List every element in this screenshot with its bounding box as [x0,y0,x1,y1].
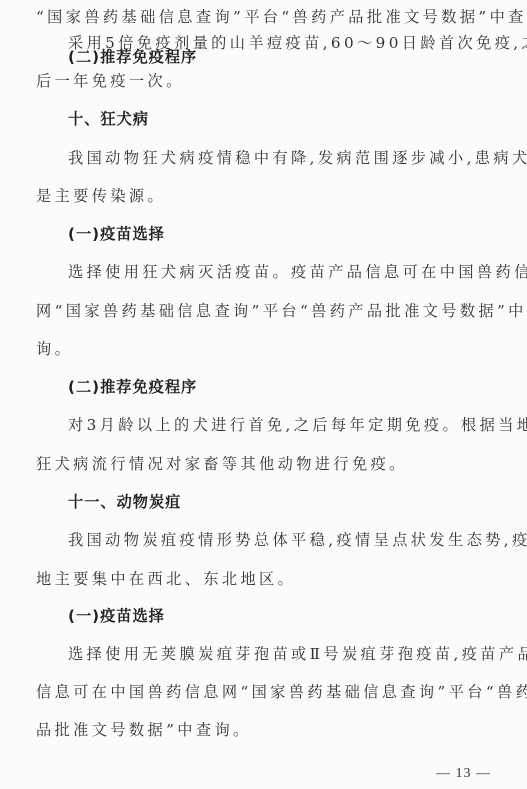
paragraph-line: 网“国家兽药基础信息查询”平台“兽药产品批准文号数据”中查 [36,301,496,321]
paragraph-line: 采用5倍免疫剂量的山羊痘疫苗,60～90日龄首次免疫,之 [68,33,527,53]
page-number: — 13 — [436,766,491,782]
section-heading: (一)疫苗选择 [68,606,527,626]
paragraph-line: 选择使用狂犬病灭活疫苗。疫苗产品信息可在中国兽药信息 [68,262,527,282]
paragraph-line: 是主要传染源。 [36,186,496,206]
paragraph-line: “国家兽药基础信息查询”平台“兽药产品批准文号数据”中查询。 [36,7,496,27]
paragraph-line: 询。 [36,339,496,359]
section-heading: 十一、动物炭疽 [68,492,527,512]
section-heading: (二)推荐免疫程序 [68,377,527,397]
paragraph-line: 信息可在中国兽药信息网“国家兽药基础信息查询”平台“兽药产 [36,682,496,702]
paragraph-line: 地主要集中在西北、东北地区。 [36,569,496,589]
paragraph-line: 对3月龄以上的犬进行首免,之后每年定期免疫。根据当地 [68,415,527,435]
paragraph-line: 品批准文号数据”中查询。 [36,720,496,740]
paragraph-line: 选择使用无荚膜炭疽芽孢苗或Ⅱ号炭疽芽孢疫苗,疫苗产品 [68,644,527,664]
document-page: “国家兽药基础信息查询”平台“兽药产品批准文号数据”中查询。(二)推荐免疫程序采… [0,0,527,789]
paragraph-line: 我国动物狂犬病疫情稳中有降,发病范围逐步减小,患病犬仍 [68,148,527,168]
section-heading: 十、狂犬病 [68,109,527,129]
section-heading: (一)疫苗选择 [68,224,527,244]
paragraph-line: 狂犬病流行情况对家畜等其他动物进行免疫。 [36,454,496,474]
paragraph-line: 后一年免疫一次。 [36,71,496,91]
paragraph-line: 我国动物炭疽疫情形势总体平稳,疫情呈点状发生态势,疫源 [68,530,527,550]
